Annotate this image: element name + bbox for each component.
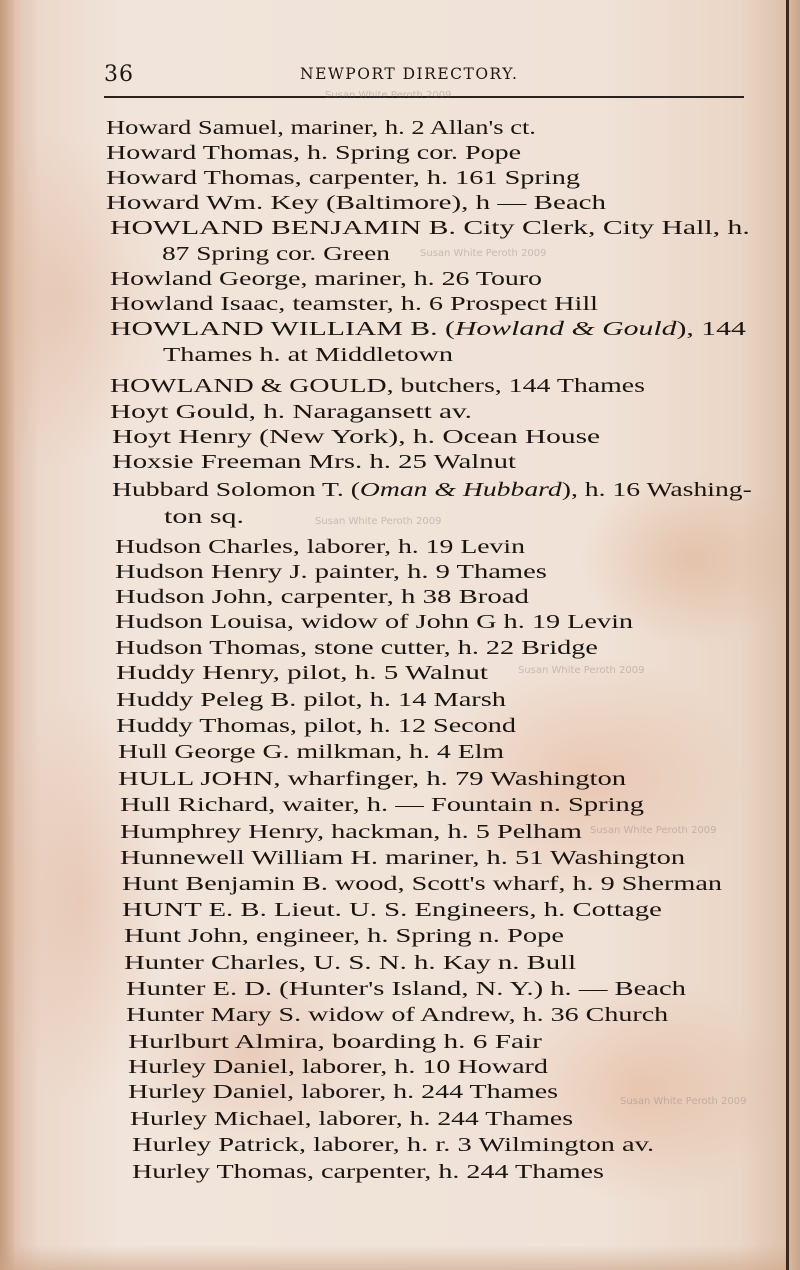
running-title: NEWPORT DIRECTORY. (300, 65, 518, 83)
directory-entry: HOWLAND WILLIAM B. (Howland & Gould), 14… (110, 317, 746, 341)
firm-name: Oman & Hubbard (360, 479, 562, 501)
directory-entry: Howard Thomas, carpenter, h. 161 Spring (106, 166, 580, 190)
directory-entry: Hurlburt Almira, boarding h. 6 Fair (128, 1030, 542, 1054)
directory-entry: Hunter E. D. (Hunter's Island, N. Y.) h.… (126, 977, 686, 1001)
directory-entry: Hull George G. milkman, h. 4 Elm (118, 740, 504, 764)
directory-entry: Hudson Thomas, stone cutter, h. 22 Bridg… (115, 636, 598, 660)
directory-entry: Howard Samuel, mariner, h. 2 Allan's ct. (106, 116, 536, 140)
directory-entry: Howard Thomas, h. Spring cor. Pope (106, 141, 521, 165)
directory-entry: Hunter Mary S. widow of Andrew, h. 36 Ch… (126, 1003, 668, 1027)
directory-entry: Hurley Daniel, laborer, h. 244 Thames (128, 1080, 558, 1104)
directory-entry: HOWLAND BENJAMIN B. City Clerk, City Hal… (110, 216, 750, 240)
directory-entry: Hurley Thomas, carpenter, h. 244 Thames (132, 1160, 604, 1184)
directory-entry: Hunter Charles, U. S. N. h. Kay n. Bull (124, 951, 576, 975)
directory-entry: Howard Wm. Key (Baltimore), h — Beach (106, 191, 606, 215)
directory-entry: HOWLAND & GOULD, butchers, 144 Thames (110, 374, 645, 398)
book-binding (0, 0, 14, 1270)
directory-entry: Hurley Patrick, laborer, h. r. 3 Wilming… (132, 1133, 654, 1157)
directory-entry: Huddy Peleg B. pilot, h. 14 Marsh (116, 688, 506, 712)
entry-continuation-line: 87 Spring cor. Green (162, 242, 390, 266)
entry-continuation-line: ton sq. (164, 505, 244, 529)
entry-text: Hubbard Solomon T. ( (112, 479, 360, 501)
directory-entry: Hurley Daniel, laborer, h. 10 Howard (128, 1055, 548, 1079)
entry-text: HOWLAND WILLIAM B. ( (110, 318, 455, 340)
firm-name: Howland & Gould (455, 318, 677, 340)
directory-entry: Hudson Henry J. painter, h. 9 Thames (115, 560, 547, 584)
directory-entry: Hurley Michael, laborer, h. 244 Thames (130, 1107, 573, 1131)
watermark: Susan White Peroth 2009 (590, 825, 717, 836)
watermark: Susan White Peroth 2009 (315, 516, 442, 527)
directory-entry: Hunt Benjamin B. wood, Scott's wharf, h.… (122, 872, 722, 896)
directory-entry: Hoyt Gould, h. Naragansett av. (110, 400, 472, 424)
entry-text: ), 144 (677, 318, 746, 340)
directory-entry: Hoyt Henry (New York), h. Ocean House (112, 425, 600, 449)
directory-entry: Humphrey Henry, hackman, h. 5 Pelham (120, 820, 582, 844)
directory-entry: Hudson John, carpenter, h 38 Broad (115, 585, 529, 609)
next-page-sliver (789, 0, 800, 1270)
directory-entry: Huddy Henry, pilot, h. 5 Walnut (116, 661, 488, 685)
directory-entry: Hubbard Solomon T. (Oman & Hubbard), h. … (112, 478, 752, 502)
directory-entry: HUNT E. B. Lieut. U. S. Engineers, h. Co… (122, 898, 662, 922)
page-number: 36 (104, 62, 134, 87)
directory-entry: Huddy Thomas, pilot, h. 12 Second (116, 714, 516, 738)
directory-entry: Howland Isaac, teamster, h. 6 Prospect H… (110, 292, 598, 316)
watermark: Susan White Peroth 2009 (620, 1096, 747, 1107)
watermark: Susan White Peroth 2009 (518, 665, 645, 676)
directory-entry: Hunnewell William H. mariner, h. 51 Wash… (120, 846, 685, 870)
directory-entry: Hudson Louisa, widow of John G h. 19 Lev… (115, 610, 633, 634)
directory-entry: HULL JOHN, wharfinger, h. 79 Washington (118, 767, 626, 791)
directory-entry: Hunt John, engineer, h. Spring n. Pope (124, 924, 564, 948)
page-bottom-shadow (0, 1245, 788, 1270)
entry-text: ), h. 16 Washing- (562, 479, 752, 501)
directory-entry: Hudson Charles, laborer, h. 19 Levin (115, 535, 525, 559)
directory-entry: Howland George, mariner, h. 26 Touro (110, 267, 542, 291)
entry-continuation-line: Thames h. at Middletown (163, 343, 453, 367)
directory-entry: Hoxsie Freeman Mrs. h. 25 Walnut (112, 450, 516, 474)
watermark: Susan White Peroth 2009 (325, 90, 452, 101)
watermark: Susan White Peroth 2009 (420, 248, 547, 259)
directory-entry: Hull Richard, waiter, h. — Fountain n. S… (120, 793, 644, 817)
